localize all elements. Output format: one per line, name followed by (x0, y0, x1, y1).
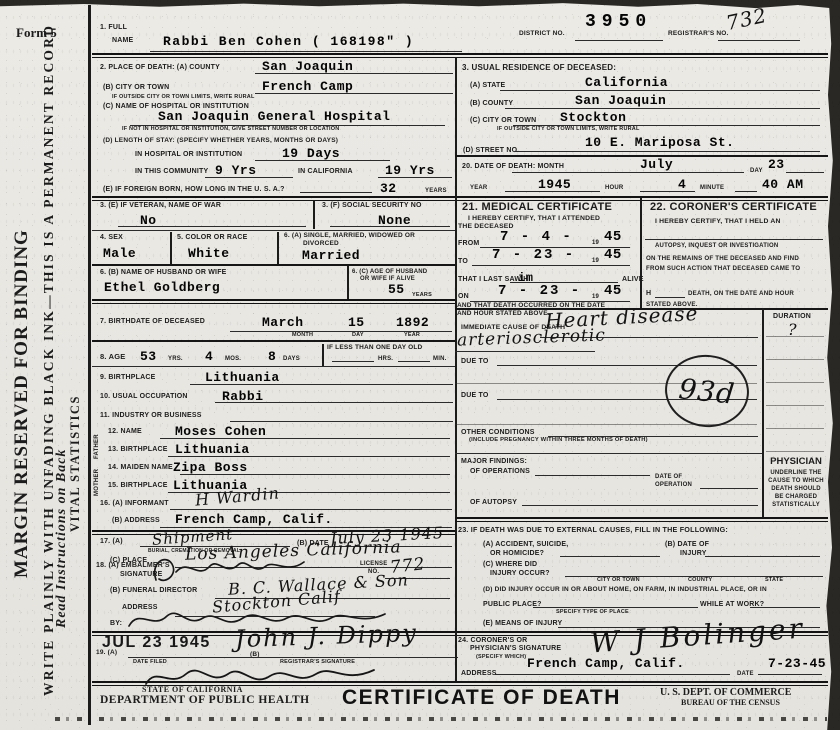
cell-divider (277, 232, 279, 264)
spouse-name-value: Ethel Goldberg (104, 281, 220, 294)
residence-street-label: (D) STREET NO. (463, 147, 519, 154)
age-days: 8 (268, 350, 276, 363)
foreign-born-value: 32 (380, 182, 397, 195)
coroner-p2: ON THE REMAINS OF THE DECEASED AND FIND (646, 256, 799, 262)
city-value: French Camp (262, 80, 353, 93)
underline (505, 108, 820, 109)
underline (758, 674, 822, 675)
license-label-1: LICENSE (360, 561, 387, 567)
underline (472, 265, 630, 266)
race-label: 5. COLOR OR RACE (177, 234, 247, 241)
underline (170, 509, 452, 510)
specify-which-note: (SPECIFY WHICH) (476, 655, 526, 661)
preprinted-19: 19 (592, 240, 599, 246)
underline (560, 556, 660, 557)
duration-line (766, 428, 824, 429)
certificate-divider (640, 198, 642, 308)
duration-line (766, 405, 824, 406)
attended-from-label: FROM (458, 240, 479, 247)
birthplace-value: Lithuania (205, 371, 280, 384)
underline (378, 177, 452, 178)
sex-value: Male (103, 247, 136, 260)
marital-value: Married (302, 249, 360, 262)
underline (180, 474, 450, 475)
underline (735, 191, 757, 192)
city-note: IF OUTSIDE CITY OR TOWN LIMITS, WRITE RU… (112, 95, 255, 101)
hospital-note: IF NOT IN HOSPITAL OR INSTITUTION, GIVE … (122, 127, 339, 133)
foreign-born-unit: YEARS (425, 188, 447, 194)
cell-divider (322, 344, 324, 366)
underline (575, 40, 663, 41)
foreign-born-label: (E) IF FOREIGN BORN, HOW LONG IN THE U. … (103, 186, 285, 193)
registrar-signature: John J. Dippy (235, 621, 419, 651)
coroner-h-label: H (646, 290, 651, 297)
residence-city-label: (C) CITY OR TOWN (470, 117, 536, 124)
in-california-value: 19 Yrs (385, 164, 435, 177)
underline (230, 421, 453, 422)
underline (718, 40, 800, 41)
major-findings-label: MAJOR FINDINGS: (461, 458, 527, 465)
birthdate-day: 15 (348, 316, 365, 329)
underline (495, 674, 730, 675)
underline (705, 556, 820, 557)
full-name-value: Rabbi Ben Cohen ( 168198" ) (163, 35, 414, 48)
cell-divider (347, 266, 349, 299)
underline (535, 475, 650, 476)
preprinted-19: 19 (592, 294, 599, 300)
cause-code-circle: 93d (661, 351, 752, 431)
father-birthplace-value: Lithuania (175, 443, 250, 456)
secondary-cause-value: arteriosclerotic (457, 327, 606, 349)
physician-date-label: DATE (737, 671, 754, 677)
father-name-value: Moses Cohen (175, 425, 266, 438)
marital-label-2: DIVORCED (303, 241, 339, 248)
disposition-label: 17. (A) (100, 538, 123, 545)
death-minute-value: 40 AM (762, 178, 804, 191)
age-days-unit: DAYS (283, 356, 300, 362)
medical-p4: AND HOUR STATED ABOVE. (457, 311, 550, 318)
cell-divider (313, 200, 315, 229)
in-community-value: 9 Yrs (215, 164, 257, 177)
underline (255, 73, 453, 74)
duration-column-divider (762, 308, 764, 517)
signature-label-1: 24. CORONER'S OR (458, 637, 527, 644)
of-operations-label: OF OPERATIONS (470, 468, 530, 475)
physician-note-line-5: STATISTICALLY (766, 502, 826, 508)
funeral-director-label: (B) FUNERAL DIRECTOR (110, 587, 197, 594)
father-vertical-label: FATHER (94, 434, 100, 459)
underline (160, 438, 450, 439)
margin-divider-rule (88, 5, 91, 725)
physician-date-value: 7-23-45 (768, 657, 826, 670)
death-minute-label: MINUTE (700, 185, 724, 191)
death-year-label: YEAR (470, 185, 487, 191)
specify-place-note: SPECIFY TYPE OF PLACE (556, 610, 629, 616)
duration-line (766, 382, 824, 383)
hospital-value: San Joaquin General Hospital (158, 110, 390, 123)
cell-divider (170, 232, 172, 264)
birthdate-month: March (262, 316, 304, 329)
accident-label-2: OR HOMICIDE? (490, 550, 544, 557)
means-of-injury-label: (E) MEANS OF INJURY (483, 620, 562, 627)
county-sublabel: COUNTY (688, 578, 712, 584)
year-sublabel: YEAR (404, 333, 420, 339)
physician-note-line-4: BE CHARGED (766, 494, 826, 500)
death-hour-label: HOUR (605, 185, 623, 191)
margin-vital-statistics-text: VITAL STATISTICS (69, 395, 82, 532)
column-divider (455, 57, 457, 682)
footer-us-dept-line-1: U. S. DEPT. OF COMMERCE (660, 688, 791, 698)
district-no-label: DISTRICT NO. (519, 31, 565, 38)
in-community-label: IN THIS COMMUNITY (135, 168, 208, 175)
age-years: 53 (140, 350, 157, 363)
month-sublabel: MONTH (292, 333, 313, 339)
row-rule (92, 366, 455, 367)
row-rule (92, 340, 455, 342)
underline (398, 361, 430, 362)
death-month-value: July (640, 158, 673, 171)
coroner-note: AUTOPSY, INQUEST OR INVESTIGATION (655, 243, 778, 249)
physician-note-line-1: UNDERLINE THE (766, 470, 826, 476)
on-year: 45 (604, 284, 622, 298)
of-autopsy-label: OF AUTOPSY (470, 499, 517, 506)
spouse-age-label-1: 6. (C) AGE OF HUSBAND (352, 269, 427, 275)
date-of-injury-label-2: INJURY (680, 550, 707, 557)
coroner-p1: I HEREBY CERTIFY, THAT I HELD AN (655, 219, 781, 226)
preprinted-19: 19 (592, 258, 599, 264)
attended-to-value: 7 - 23 - (492, 248, 575, 262)
footer-state-line-1: STATE OF CALIFORNIA (142, 686, 243, 694)
physician-address-value: French Camp, Calif. (527, 657, 685, 670)
age-months: 4 (205, 350, 213, 363)
margin-binding-text: MARGIN RESERVED FOR BINDING (12, 229, 31, 578)
injury-location-label: (D) DID INJURY OCCUR IN OR ABOUT HOME, O… (483, 587, 767, 594)
where-injury-label-2: INJURY OCCUR? (490, 570, 550, 577)
date-filed-stamp: JUL 23 1945 (102, 635, 211, 651)
informant-address-value: French Camp, Calif. (175, 513, 333, 526)
veteran-label: 3. (E) IF VETERAN, NAME OF WAR (100, 202, 221, 209)
sex-label: 4. SEX (100, 234, 123, 241)
torn-edge-right (824, 0, 840, 730)
underline (300, 192, 372, 193)
other-conditions-label: OTHER CONDITIONS (461, 429, 535, 436)
attended-to-label: TO (458, 258, 468, 265)
city-label: (B) CITY OR TOWN (103, 84, 169, 91)
underline (190, 384, 453, 385)
industry-label: 11. INDUSTRY OR BUSINESS (100, 412, 202, 419)
city-or-town-sublabel: CITY OR TOWN (597, 578, 640, 584)
bottom-noise-strip (55, 717, 827, 721)
day-sublabel: DAY (352, 333, 364, 339)
residence-state-label: (A) STATE (470, 82, 505, 89)
coroner-p3: FROM SUCH ACTION THAT DECEASED CAME TO (646, 266, 800, 272)
underline (500, 90, 820, 91)
less-than-day-note: IF LESS THAN ONE DAY OLD (327, 345, 422, 352)
death-day-value: 23 (768, 158, 785, 171)
birthdate-year: 1892 (396, 316, 429, 329)
father-birthplace-label: 13. BIRTHPLACE (108, 446, 168, 453)
age-years-unit: YRS. (168, 356, 183, 362)
district-no-value: 3950 (585, 13, 652, 31)
in-hospital-label: IN HOSPITAL OR INSTITUTION (135, 151, 242, 158)
min-label: MIN. (433, 356, 446, 362)
underline (255, 160, 390, 161)
death-hour-value: 4 (678, 178, 686, 191)
signature-label-2: PHYSICIAN'S SIGNATURE (470, 645, 561, 652)
underline (750, 607, 820, 608)
underline (645, 239, 823, 240)
underline (205, 177, 293, 178)
residence-city-note: IF OUTSIDE CITY OR TOWN LIMITS, WRITE RU… (497, 127, 640, 133)
cause-code-value: 93d (677, 372, 737, 411)
age-months-unit: MOS. (225, 356, 241, 362)
underline (128, 657, 458, 658)
birthdate-label: 7. BIRTHDATE OF DECEASED (100, 318, 205, 325)
on-value: 7 - 23 - (498, 284, 581, 298)
medical-p1: I HEREBY CERTIFY, THAT I ATTENDED (468, 216, 600, 223)
informant-label: 16. (A) INFORMANT (100, 500, 169, 507)
underline (786, 172, 824, 173)
full-name-label-1: 1. FULL (100, 24, 127, 31)
underline (522, 505, 758, 506)
date-of-death-label: 20. DATE OF DEATH: MONTH (462, 163, 564, 170)
ssn-label: 3. (F) SOCIAL SECURITY NO (322, 202, 422, 209)
where-injury-label-1: (C) WHERE DID (483, 561, 537, 568)
physician-note-line-2: CAUSE TO WHICH (766, 478, 826, 484)
residence-state-value: California (585, 76, 668, 89)
date-of-injury-label-1: (B) DATE OF (665, 541, 709, 548)
mother-vertical-label: MOTHER (94, 469, 100, 496)
father-name-label: 12. NAME (108, 428, 142, 435)
county-label: 2. PLACE OF DEATH: (A) COUNTY (100, 64, 220, 71)
age-label: 8. AGE (100, 353, 126, 361)
due-to-label-1: DUE TO (461, 358, 489, 365)
state-sublabel: STATE (765, 578, 783, 584)
other-conditions-note: (INCLUDE PREGNANCY WITHIN THREE MONTHS O… (469, 438, 648, 444)
underline (655, 297, 685, 298)
physician-signature: W J Bolinger (589, 615, 805, 658)
spouse-age-value: 55 (388, 283, 405, 296)
certificate-of-death-title: CERTIFICATE OF DEATH (342, 687, 621, 708)
occupation-label: 10. USUAL OCCUPATION (100, 393, 188, 400)
spouse-age-unit: YEARS (412, 293, 432, 299)
in-hospital-value: 19 Days (282, 147, 340, 160)
residence-street-value: 10 E. Mariposa St. (585, 136, 734, 149)
underline (215, 402, 453, 403)
date-of-operation-label-2: OPERATION (655, 482, 692, 488)
underline (455, 351, 595, 352)
birthplace-label: 9. BIRTHPLACE (100, 374, 156, 381)
death-certificate-scan: Form 5 MARGIN RESERVED FOR BINDING WRITE… (0, 0, 840, 730)
row-rule (92, 264, 455, 266)
coroner-p4: DEATH, ON THE DATE AND HOUR (688, 291, 794, 297)
mother-maiden-value: Zipa Boss (173, 461, 248, 474)
full-name-label-2: NAME (112, 37, 133, 44)
registrar-no-value: 732 (724, 5, 768, 33)
duration-line (766, 336, 824, 337)
duration-label: DURATION (773, 313, 811, 320)
section-rule (92, 299, 455, 304)
underline (515, 151, 820, 152)
section-rule (92, 53, 828, 58)
underline (330, 226, 450, 227)
county-value: San Joaquin (262, 60, 353, 73)
physician-note-title: PHYSICIAN (766, 457, 826, 467)
attended-from-year: 45 (604, 230, 622, 244)
length-of-stay-label: (D) LENGTH OF STAY: (SPECIFY WHETHER YEA… (103, 138, 338, 145)
physician-note-line-3: DEATH SHOULD (766, 486, 826, 492)
footer-us-dept-line-2: BUREAU OF THE CENSUS (681, 699, 780, 707)
coroners-certificate-title: 22. CORONER'S CERTIFICATE (650, 202, 817, 213)
underline (255, 93, 453, 94)
residence-city-value: Stockton (560, 111, 626, 124)
due-to-label-2: DUE TO (461, 392, 489, 399)
residence-county-value: San Joaquin (575, 94, 666, 107)
medical-certificate-title: 21. MEDICAL CERTIFICATE (462, 202, 612, 213)
marital-label-1: 6. (A) SINGLE, MARRIED, WIDOWED OR (284, 233, 415, 240)
mother-birthplace-label: 15. BIRTHPLACE (108, 482, 168, 489)
underline (118, 226, 306, 227)
death-day-label: DAY (750, 168, 763, 174)
mother-maiden-label: 14. MAIDEN NAME (108, 464, 173, 471)
spouse-name-label: 6. (B) NAME OF HUSBAND OR WIFE (100, 269, 227, 276)
date-of-operation-label-1: DATE OF (655, 474, 682, 480)
duration-line (766, 359, 824, 360)
underline (168, 456, 450, 457)
external-causes-title: 23. IF DEATH WAS DUE TO EXTERNAL CAUSES,… (458, 526, 728, 533)
torn-edge-top (0, 0, 840, 9)
underline (512, 172, 744, 173)
accident-label-1: (A) ACCIDENT, SUICIDE, (483, 541, 568, 548)
residence-title: 3. USUAL RESIDENCE OF DECEASED: (462, 64, 616, 72)
margin-instructions-text: Read Instructions on Back (55, 449, 69, 628)
physician-address-label: ADDRESS (461, 670, 497, 677)
on-label: ON (458, 293, 469, 300)
informant-signature: H Wardin (194, 485, 280, 508)
death-year-value: 1945 (538, 178, 571, 191)
underline (332, 361, 374, 362)
ruled-line (455, 453, 762, 454)
duration-line (766, 451, 824, 452)
registrar-no-label: REGISTRAR'S NO. (668, 31, 729, 38)
residence-county-label: (B) COUNTY (470, 100, 513, 107)
attended-from-value: 7 - 4 - (500, 230, 573, 244)
attended-to-year: 45 (604, 248, 622, 262)
date-filed-item-label: 19. (A) (96, 650, 117, 657)
underline (505, 191, 600, 192)
underline (700, 488, 758, 489)
hrs-label: HRS. (378, 356, 393, 362)
underline (640, 191, 695, 192)
section-rule (455, 517, 828, 522)
informant-address-label: (B) ADDRESS (112, 517, 160, 524)
footer-state-line-2: DEPARTMENT OF PUBLIC HEALTH (100, 695, 310, 707)
by-label: BY: (110, 620, 122, 627)
in-california-label: IN CALIFORNIA (298, 168, 353, 175)
race-value: White (188, 247, 230, 260)
